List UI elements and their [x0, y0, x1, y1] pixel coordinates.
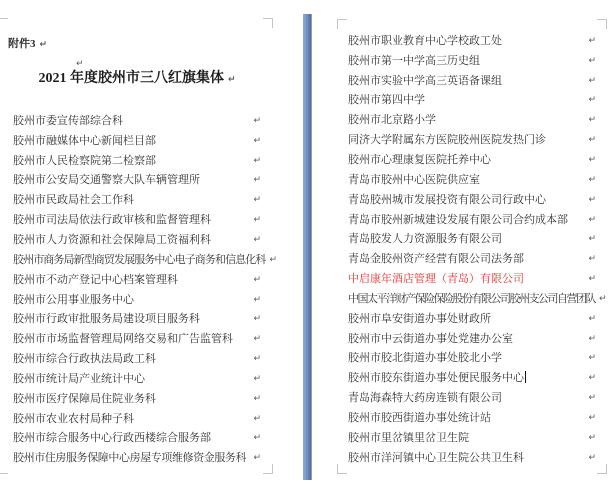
paragraph-mark-icon: ↵ [253, 273, 261, 287]
paragraph-mark-icon: ↵ [270, 253, 278, 267]
list-item-group: 青岛海森特大药房连锁有限公司 [348, 391, 502, 405]
list-item[interactable]: 中启康年酒店管理（青岛）有限公司 ↵ [348, 269, 596, 289]
margin-corner-icon [0, 18, 8, 28]
list-item[interactable]: 青岛市胶州中心医院供应室 ↵ [348, 170, 596, 190]
list-item-group: 胶州市公用事业服务中心 [13, 293, 134, 307]
list-item[interactable]: 胶州市统计局产业统计中心 ↵ [13, 369, 261, 389]
list-item[interactable]: 胶州市民政局社会工作科 ↵ [13, 190, 261, 210]
list-item-text: 中国太平洋财产保险保险股份有限公司胶州支公司自营团队 [348, 293, 595, 305]
list-item-text: 胶州市商务局新型商贸发展服务中心电子商务和信息化科 [13, 254, 266, 266]
right-page-list: 胶州市职业教育中心学校政工处 ↵ 胶州市第一中学高三历史组 ↵ 胶州市实验中学高… [348, 31, 596, 468]
list-item[interactable]: 胶州市胶西街道办事处统计站 ↵ [348, 408, 596, 428]
list-item[interactable]: 胶州市阜安街道办事处财政所 ↵ [348, 309, 596, 329]
margin-corner-icon [337, 464, 347, 474]
list-item[interactable]: 胶州市综合服务中心行政西楼综合服务部 ↵ [13, 429, 261, 449]
list-item-group: 胶州市医疗保障局住院业务科 [13, 392, 156, 406]
list-item[interactable]: 胶州市住房服务保障中心房屋专项维修资金服务科 ↵ [13, 448, 261, 468]
list-item-group: 胶州市不动产登记中心档案管理科 [13, 273, 178, 287]
list-item[interactable]: 胶州市公用事业服务中心 ↵ [13, 290, 261, 310]
list-item-group: 胶州市洋河镇中心卫生院公共卫生科 [348, 451, 524, 465]
list-item-text: 胶州市里岔镇里岔卫生院 [348, 432, 469, 444]
list-item[interactable]: 胶州市人力资源和社会保障局工资福利科 ↵ [13, 230, 261, 250]
list-item[interactable]: 胶州市胶北街道办事处胶北小学 ↵ [348, 349, 596, 369]
list-item-group: 中启康年酒店管理（青岛）有限公司 [348, 272, 524, 286]
paragraph-mark-icon: ↵ [253, 451, 261, 465]
list-item-group: 青岛胶发人力资源服务有限公司 [348, 232, 502, 246]
list-item-text: 青岛海森特大药房连锁有限公司 [348, 392, 502, 404]
list-item-group: 胶州市公安局交通警察大队车辆管理所 [13, 173, 200, 187]
list-item-text: 胶州市公用事业服务中心 [13, 294, 134, 306]
list-item[interactable]: 青岛胶发人力资源服务有限公司 ↵ [348, 229, 596, 249]
list-item[interactable]: 青岛海森特大药房连锁有限公司 ↵ [348, 388, 596, 408]
list-item[interactable]: 胶州市综合行政执法局政工科 ↵ [13, 349, 261, 369]
paragraph-mark-icon: ↵ [253, 431, 261, 445]
list-item[interactable]: 胶州市商务局新型商贸发展服务中心电子商务和信息化科 ↵ [13, 250, 261, 270]
list-item[interactable]: 胶州市人民检察院第二检察部 ↵ [13, 151, 261, 171]
list-item-text: 胶州市职业教育中心学校政工处 [348, 35, 502, 47]
list-item-group: 胶州市实验中学高三英语备课组 [348, 74, 502, 88]
list-item-text: 青岛胶发人力资源服务有限公司 [348, 233, 502, 245]
list-item-group: 胶州市综合行政执法局政工科 [13, 352, 156, 366]
paragraph-mark-icon: ↵ [588, 351, 596, 365]
list-item-group: 胶州市人民检察院第二检察部 [13, 154, 156, 168]
list-item-group: 胶州市融媒体中心新闻栏目部 [13, 134, 156, 148]
list-item-group: 青岛金胶州资产经营有限公司法务部 [348, 252, 524, 266]
text-cursor [525, 371, 526, 383]
attachment-label[interactable]: 附件3↵ [8, 35, 47, 51]
list-item-text: 胶州市第一中学高三历史组 [348, 55, 480, 67]
list-item[interactable]: 胶州市行政审批服务局建设项目服务科 ↵ [13, 309, 261, 329]
paragraph-mark-icon: ↵ [588, 193, 596, 207]
list-item[interactable]: 胶州市公安局交通警察大队车辆管理所 ↵ [13, 171, 261, 191]
list-item[interactable]: 胶州市第一中学高三历史组 ↵ [348, 51, 596, 71]
page-divider[interactable] [303, 14, 312, 480]
paragraph-mark-icon: ↵ [253, 332, 261, 346]
list-item-text: 胶州市综合行政执法局政工科 [13, 353, 156, 365]
list-item-group: 胶州市委宣传部综合科 [13, 114, 123, 128]
paragraph-mark-icon: ↵ [253, 173, 261, 187]
list-item[interactable]: 胶州市洋河镇中心卫生院公共卫生科 ↵ [348, 448, 596, 468]
list-item-group: 胶州市住房服务保障中心房屋专项维修资金服务科 [13, 451, 246, 465]
list-item-group: 胶州市人力资源和社会保障局工资福利科 [13, 233, 211, 247]
list-item-text: 胶州市胶北街道办事处胶北小学 [348, 352, 502, 364]
paragraph-mark-icon: ↵ [253, 213, 261, 227]
list-item-text: 青岛金胶州资产经营有限公司法务部 [348, 253, 524, 265]
paragraph-mark-icon: ↵ [588, 272, 596, 286]
list-item[interactable]: 胶州市里岔镇里岔卫生院 ↵ [348, 428, 596, 448]
paragraph-mark-icon: ↵ [253, 154, 261, 168]
list-item[interactable]: 胶州市司法局依法行政审核和监督管理科 ↵ [13, 210, 261, 230]
paragraph-mark-icon: ↵ [599, 292, 607, 306]
list-item-group: 胶州市心理康复医院托养中心 [348, 153, 491, 167]
paragraph-mark-icon: ↵ [253, 114, 261, 128]
list-item-group: 青岛胶州城市发展投资有限公司行政中心 [348, 193, 546, 207]
list-item-text: 胶州市胶西街道办事处统计站 [348, 412, 491, 424]
paragraph-mark-icon: ↵ [588, 312, 596, 326]
paragraph-mark-icon: ↵ [253, 412, 261, 426]
paragraph-mark-icon: ↵ [588, 54, 596, 68]
list-item[interactable]: 胶州市心理康复医院托养中心 ↵ [348, 150, 596, 170]
list-item-group: 中国太平洋财产保险保险股份有限公司胶州支公司自营团队 [348, 292, 595, 306]
list-item-text: 胶州市心理康复医院托养中心 [348, 154, 491, 166]
list-item-group: 胶州市民政局社会工作科 [13, 193, 134, 207]
paragraph-mark-icon: ↵ [588, 431, 596, 445]
list-item-text: 胶州市住房服务保障中心房屋专项维修资金服务科 [13, 452, 246, 464]
list-item[interactable]: 胶州市融媒体中心新闻栏目部 ↵ [13, 131, 261, 151]
list-item-group: 胶州市胶东街道办事处便民服务中心 [348, 371, 526, 385]
list-item-text: 胶州市北京路小学 [348, 114, 436, 126]
paragraph-mark-icon: ↵ [253, 372, 261, 386]
paragraph-mark-icon: ↵ [588, 213, 596, 227]
attachment-label-text: 附件3 [8, 38, 36, 50]
list-item-group: 青岛市胶州新城建设发展有限公司合约成本部 [348, 213, 568, 227]
list-item-text: 胶州市人力资源和社会保障局工资福利科 [13, 234, 211, 246]
list-item-text: 胶州市不动产登记中心档案管理科 [13, 274, 178, 286]
list-item-group: 胶州市阜安街道办事处财政所 [348, 312, 491, 326]
list-item-group: 胶州市司法局依法行政审核和监督管理科 [13, 213, 211, 227]
list-item-text: 胶州市农业农村局种子科 [13, 413, 134, 425]
list-item-group: 胶州市统计局产业统计中心 [13, 372, 145, 386]
list-item-group: 同济大学附属东方医院胶州医院发热门诊 [348, 133, 546, 147]
list-item-text: 胶州市融媒体中心新闻栏目部 [13, 135, 156, 147]
margin-corner-icon [597, 19, 607, 29]
list-item-group: 胶州市综合服务中心行政西楼综合服务部 [13, 431, 211, 445]
paragraph-mark-icon: ↵ [588, 451, 596, 465]
list-item-text: 胶州市医疗保障局住院业务科 [13, 393, 156, 405]
paragraph-mark-icon: ↵ [588, 173, 596, 187]
list-item-group: 胶州市北京路小学 [348, 113, 436, 127]
paragraph-mark-icon: ↵ [588, 34, 596, 48]
list-item-text: 胶州市委宣传部综合科 [13, 115, 123, 127]
list-item-group: 胶州市商务局新型商贸发展服务中心电子商务和信息化科 [13, 253, 266, 267]
paragraph-mark-icon: ↵ [228, 75, 236, 85]
list-item-text: 中启康年酒店管理（青岛）有限公司 [348, 273, 524, 285]
list-item[interactable]: 胶州市胶东街道办事处便民服务中心 ↵ [348, 368, 596, 388]
paragraph-mark-icon: ↵ [588, 332, 596, 346]
list-item-text: 胶州市市场监督管理局网络交易和广告监管科 [13, 333, 233, 345]
margin-corner-icon [0, 464, 8, 474]
list-item[interactable]: 同济大学附属东方医院胶州医院发热门诊 ↵ [348, 130, 596, 150]
list-item-group: 胶州市胶北街道办事处胶北小学 [348, 351, 502, 365]
list-item[interactable]: 胶州市职业教育中心学校政工处 ↵ [348, 31, 596, 51]
paragraph-mark-icon: ↵ [588, 232, 596, 246]
list-item-group: 胶州市市场监督管理局网络交易和广告监管科 [13, 332, 233, 346]
list-item[interactable]: 胶州市农业农村局种子科 ↵ [13, 409, 261, 429]
paragraph-mark-icon: ↵ [253, 352, 261, 366]
paragraph-mark-icon: ↵ [588, 74, 596, 88]
paragraph-mark-icon: ↵ [588, 391, 596, 405]
paragraph-mark-icon: ↵ [588, 252, 596, 266]
left-page-list: 胶州市委宣传部综合科 ↵ 胶州市融媒体中心新闻栏目部 ↵ 胶州市人民检察院第二检… [13, 111, 261, 468]
list-item[interactable]: 青岛金胶州资产经营有限公司法务部 ↵ [348, 249, 596, 269]
list-item-text: 胶州市司法局依法行政审核和监督管理科 [13, 214, 211, 226]
list-item-text: 胶州市实验中学高三英语备课组 [348, 75, 502, 87]
document-canvas: { "window": {"width": 611, "height": 490… [0, 0, 611, 490]
margin-corner-icon [337, 19, 347, 29]
paragraph-mark-icon: ↵ [253, 233, 261, 247]
list-item-text: 胶州市人民检察院第二检察部 [13, 155, 156, 167]
paragraph-mark-icon: ↵ [588, 411, 596, 425]
list-item-group: 胶州市职业教育中心学校政工处 [348, 34, 502, 48]
list-item[interactable]: 胶州市中云街道办事处党建办公室 ↵ [348, 329, 596, 349]
list-item-text: 胶州市综合服务中心行政西楼综合服务部 [13, 432, 211, 444]
list-item[interactable]: 胶州市实验中学高三英语备课组 ↵ [348, 71, 596, 91]
document-title[interactable]: 2021 年度胶州市三八红旗集体↵ [13, 68, 261, 91]
list-item-group: 胶州市农业农村局种子科 [13, 412, 134, 426]
paragraph-mark-icon: ↵ [588, 153, 596, 167]
list-item[interactable]: 青岛胶州城市发展投资有限公司行政中心 ↵ [348, 190, 596, 210]
list-item-group: 胶州市行政审批服务局建设项目服务科 [13, 312, 200, 326]
margin-corner-icon [263, 464, 273, 474]
list-item[interactable]: 青岛市胶州新城建设发展有限公司合约成本部 ↵ [348, 210, 596, 230]
list-item-text: 胶州市第四中学 [348, 94, 425, 106]
list-item-text: 同济大学附属东方医院胶州医院发热门诊 [348, 134, 546, 146]
list-item[interactable]: 胶州市不动产登记中心档案管理科 ↵ [13, 270, 261, 290]
document-title-text: 2021 年度胶州市三八红旗集体 [38, 71, 224, 86]
list-item-group: 青岛市胶州中心医院供应室 [348, 173, 480, 187]
list-item-text: 青岛市胶州新城建设发展有限公司合约成本部 [348, 214, 568, 226]
right-page: 胶州市职业教育中心学校政工处 ↵ 胶州市第一中学高三历史组 ↵ 胶州市实验中学高… [312, 0, 611, 490]
list-item[interactable]: 中国太平洋财产保险保险股份有限公司胶州支公司自营团队 ↵ [348, 289, 596, 309]
list-item-text: 胶州市洋河镇中心卫生院公共卫生科 [348, 452, 524, 464]
left-page: 附件3↵ ↵ 2021 年度胶州市三八红旗集体↵ 胶州市委宣传部综合科 ↵ 胶州… [0, 0, 303, 490]
list-item[interactable]: 胶州市市场监督管理局网络交易和广告监管科 ↵ [13, 329, 261, 349]
list-item-text: 胶州市阜安街道办事处财政所 [348, 313, 491, 325]
list-item-text: 胶州市胶东街道办事处便民服务中心 [348, 372, 524, 384]
paragraph-mark-icon: ↵ [253, 293, 261, 307]
list-item-text: 胶州市民政局社会工作科 [13, 194, 134, 206]
list-item[interactable]: 胶州市委宣传部综合科 ↵ [13, 111, 261, 131]
paragraph-mark-icon: ↵ [588, 93, 596, 107]
list-item-group: 胶州市里岔镇里岔卫生院 [348, 431, 469, 445]
paragraph-mark-icon: ↵ [253, 312, 261, 326]
paragraph-mark-icon: ↵ [253, 392, 261, 406]
margin-corner-icon [263, 18, 273, 28]
list-item-group: 胶州市第四中学 [348, 93, 425, 107]
paragraph-mark-icon: ↵ [588, 371, 596, 385]
margin-corner-icon [597, 464, 607, 474]
list-item-text: 胶州市公安局交通警察大队车辆管理所 [13, 174, 200, 186]
list-item-text: 胶州市中云街道办事处党建办公室 [348, 333, 513, 345]
paragraph-mark-icon: ↵ [588, 133, 596, 147]
list-item[interactable]: 胶州市第四中学 ↵ [348, 91, 596, 111]
list-item-group: 胶州市第一中学高三历史组 [348, 54, 480, 68]
list-item[interactable]: 胶州市北京路小学 ↵ [348, 110, 596, 130]
list-item[interactable]: 胶州市医疗保障局住院业务科 ↵ [13, 389, 261, 409]
paragraph-mark-icon: ↵ [588, 113, 596, 127]
list-item-text: 青岛胶州城市发展投资有限公司行政中心 [348, 194, 546, 206]
paragraph-mark-icon: ↵ [253, 193, 261, 207]
list-item-text: 青岛市胶州中心医院供应室 [348, 174, 480, 186]
paragraph-mark-icon: ↵ [253, 134, 261, 148]
list-item-group: 胶州市中云街道办事处党建办公室 [348, 332, 513, 346]
list-item-text: 胶州市行政审批服务局建设项目服务科 [13, 313, 200, 325]
list-item-group: 胶州市胶西街道办事处统计站 [348, 411, 491, 425]
list-item-text: 胶州市统计局产业统计中心 [13, 373, 145, 385]
paragraph-mark-icon: ↵ [40, 40, 48, 50]
